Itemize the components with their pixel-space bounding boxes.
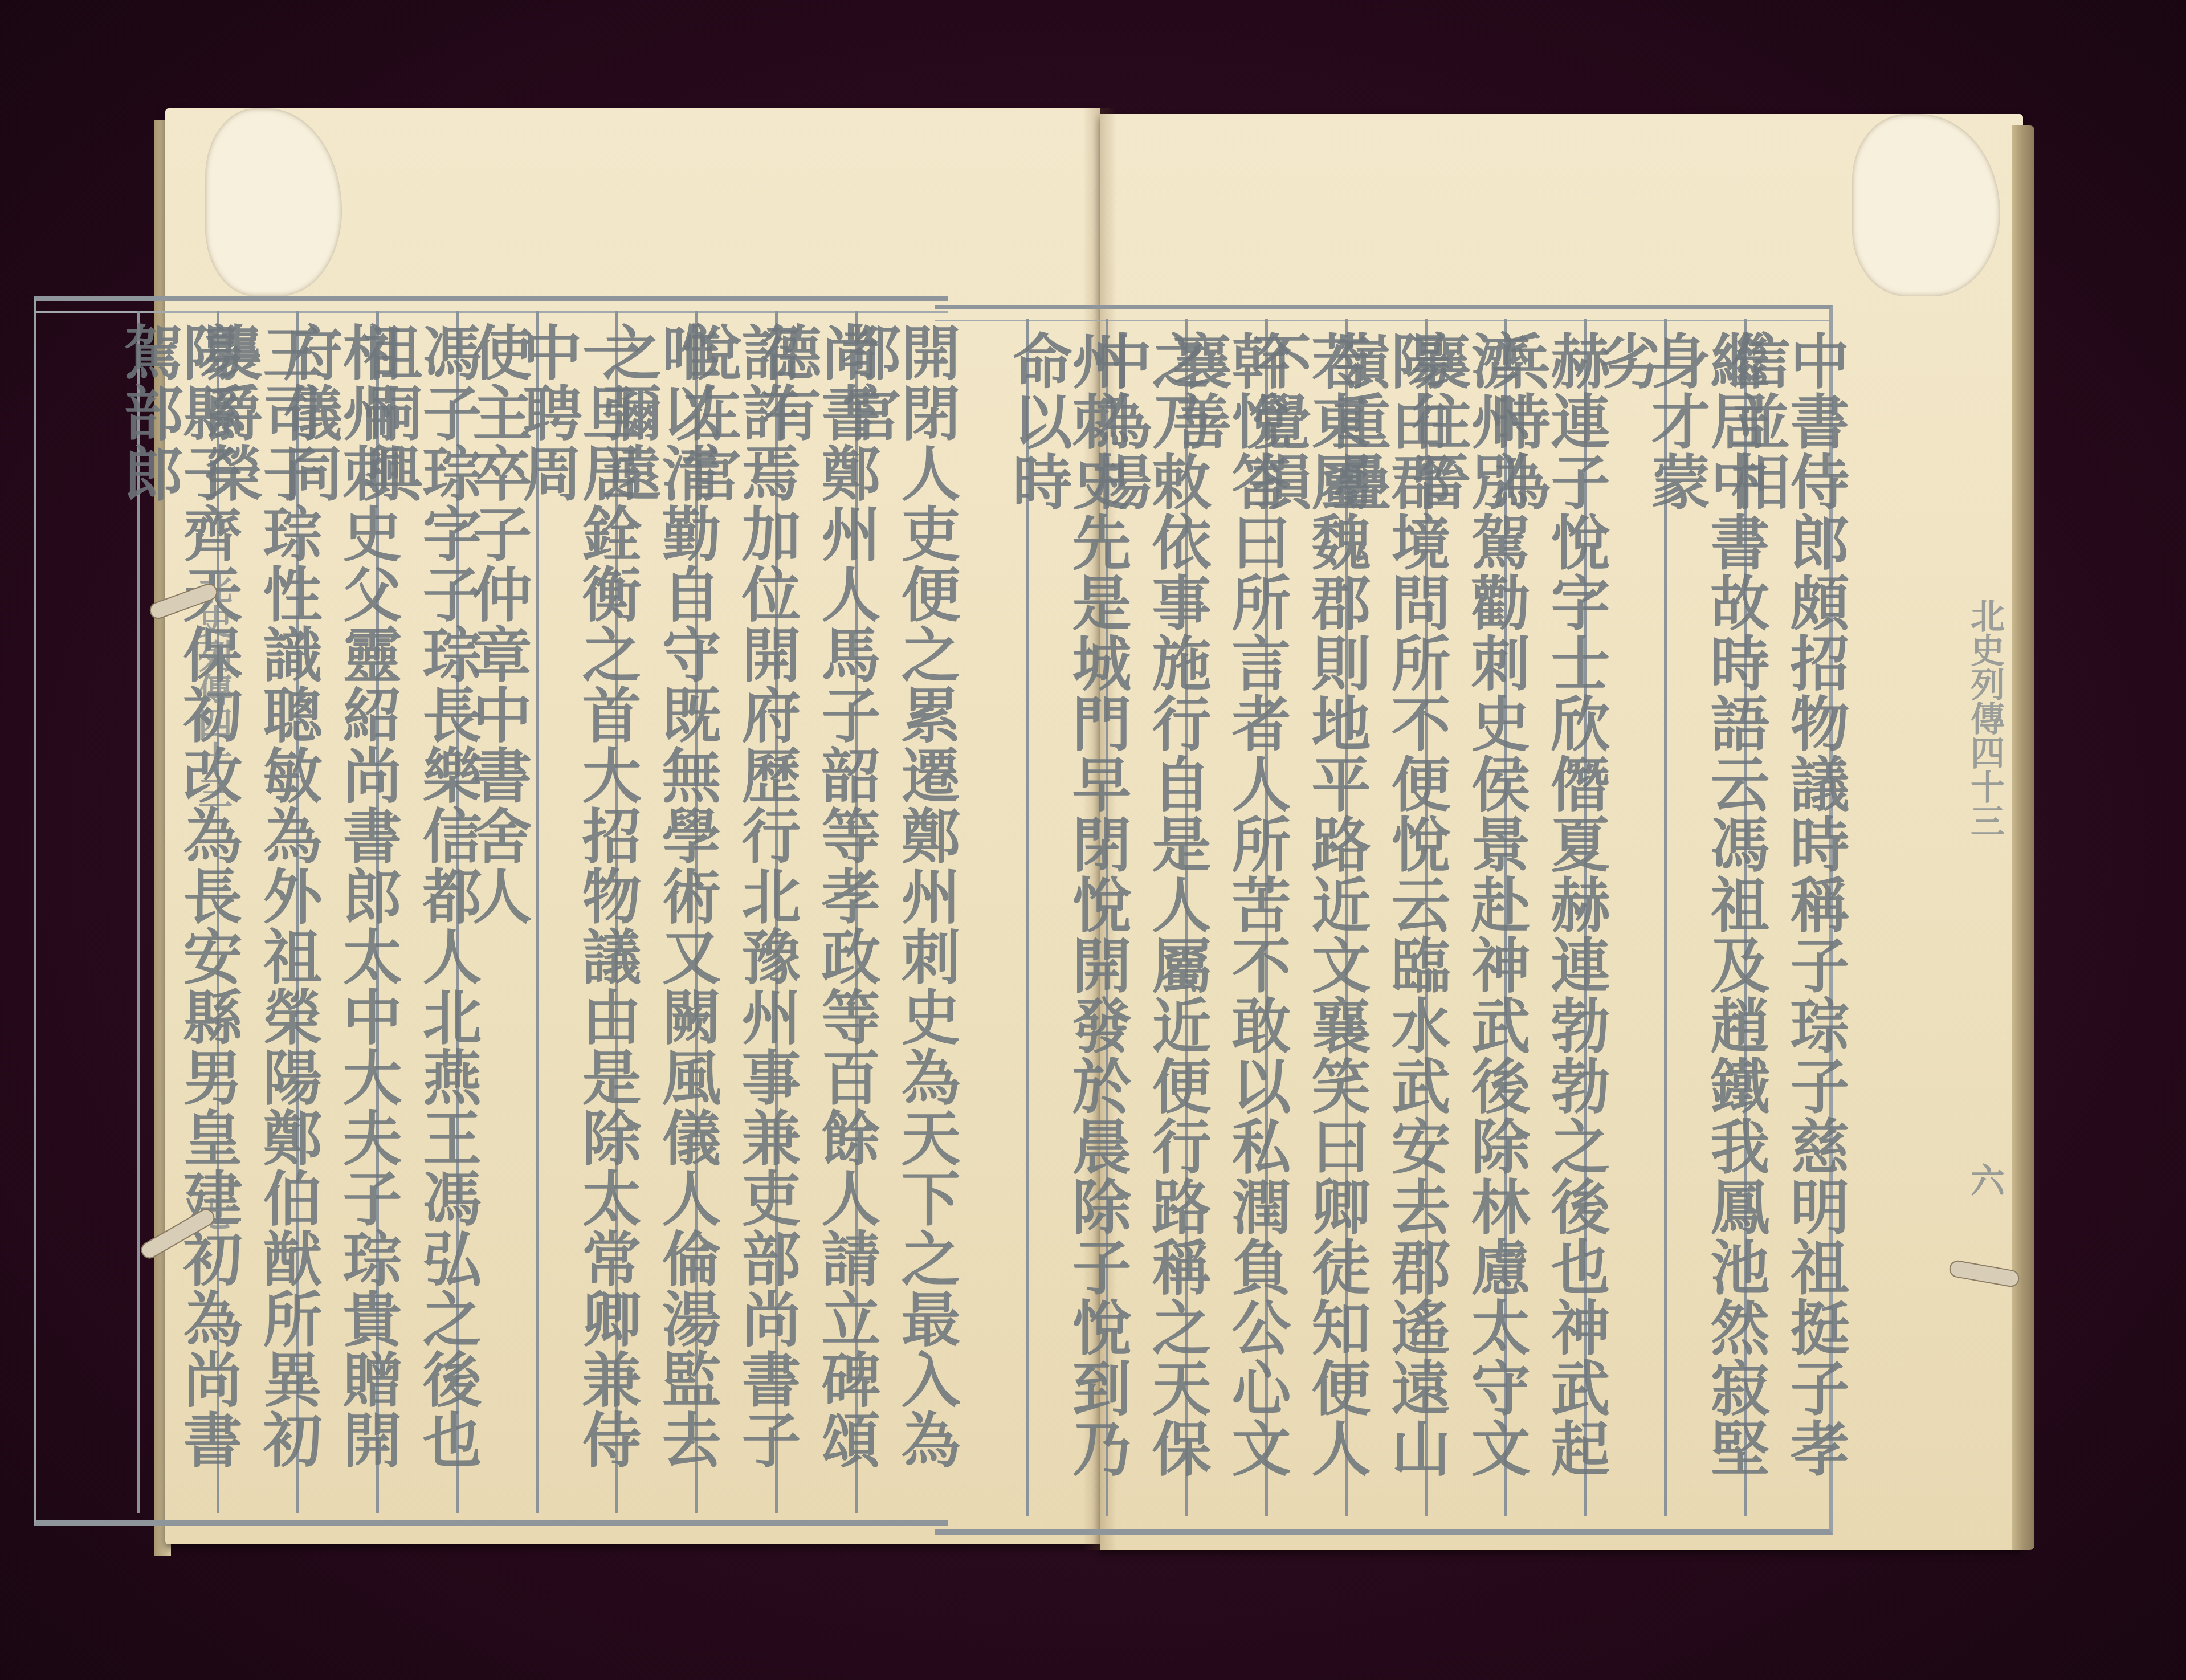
right-banxin-page-number: 六 xyxy=(1960,1163,2009,1197)
column-text: 陽縣子齊天保初改為長安縣男皇建初為尚書駕部郎 xyxy=(119,322,238,1513)
right-page-text-columns: 中書侍郎頗招物議時稱子琮子慈明祖挺子孝信並相 繼居中書故時語云馮祖及趙鐵我鳳池然… xyxy=(946,319,1824,1516)
column-text: 一旦居銓衡之首大招物議由是除太常卿兼侍中聘周 xyxy=(518,322,637,1513)
column-text: 州刺史先是城門早閉悅開發於晨除子悅到乃命以時 xyxy=(1008,331,1127,1516)
text-column: 繼居中書故時語云馮祖及趙鐵我鳳池然寂堅身才蒙 xyxy=(1664,319,1744,1516)
right-page-edge xyxy=(2012,125,2034,1550)
text-column: 一旦居銓衡之首大招物議由是除太常卿兼侍中聘周 xyxy=(536,311,615,1513)
text-column: 州刺史先是城門早閉悅開發於晨除子悅到乃命以時 xyxy=(1026,319,1106,1516)
left-page-text-columns: 開閉人吏便之累遷鄭州刺史為天下之最入為都官 尚書鄭州人馬子韶等孝政等百餘人請立碑… xyxy=(80,311,935,1513)
right-banxin-title: 北史列傳四十三 xyxy=(1960,598,2009,838)
text-column: 陽縣子齊天保初改為長安縣男皇建初為尚書駕部郎 xyxy=(137,311,217,1513)
column-text: 繼居中書故時語云馮祖及趙鐵我鳳池然寂堅身才蒙 xyxy=(1646,331,1765,1516)
